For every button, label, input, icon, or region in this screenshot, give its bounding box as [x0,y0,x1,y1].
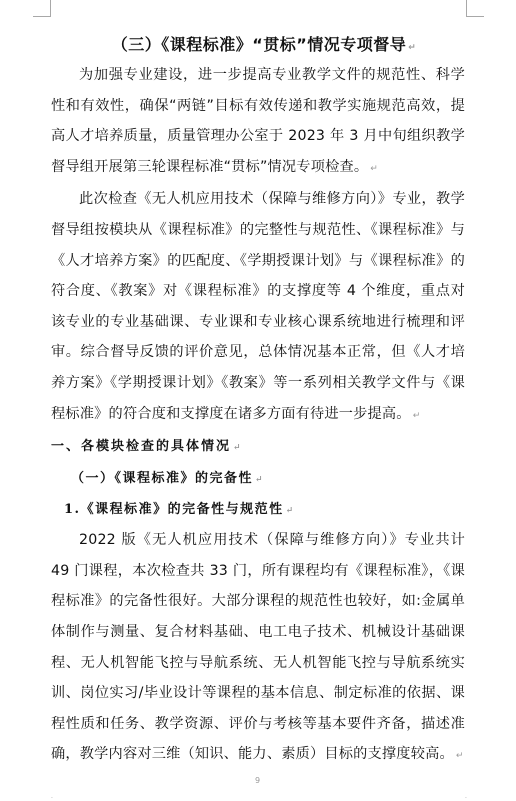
paragraph-mark-icon: ↵ [413,411,421,421]
body-paragraph: 2022 版《无人机应用技术（保障与维修方向）》专业共计 49 门课程，本次检查… [51,525,465,772]
heading-level-1: 一、各模块检查的具体情况↵ [51,431,465,463]
intro-paragraph-1-text: 为加强专业建设，进一步提高专业教学文件的规范性、科学性和有效性，确保“两链”目标… [51,67,465,175]
document-page: （三）《课程标准》“贯标”情况专项督导↵ 为加强专业建设，进一步提高专业教学文件… [51,30,465,772]
heading-level-3: 1.《课程标准》的完备性与规范性↵ [51,494,465,525]
heading-level-2: （一）《课程标准》的完备性↵ [51,463,465,494]
section-title-text: （三）《课程标准》“贯标”情况专项督导 [112,35,407,54]
page-corner-mark-top-left [33,0,51,17]
heading-level-2-text: （一）《课程标准》的完备性 [71,471,253,486]
paragraph-mark-icon: ↵ [286,506,295,516]
paragraph-mark-icon: ↵ [370,164,378,174]
paragraph-mark-icon: ↵ [456,751,464,761]
page-corner-mark-top-right [466,0,484,17]
intro-paragraph-2: 此次检查《无人机应用技术（保障与维修方向）》专业，教学督导组按模块从《课程标准》… [51,184,465,431]
page-corner-mark-bottom-left: · [51,796,53,801]
paragraph-mark-icon: ↵ [408,43,416,53]
page-corner-mark-bottom-right: · [465,796,467,801]
paragraph-mark-icon: ↵ [233,443,243,453]
page-number: 9 [255,776,260,785]
intro-paragraph-1: 为加强专业建设，进一步提高专业教学文件的规范性、科学性和有效性，确保“两链”目标… [51,60,465,184]
heading-level-1-text: 一、各模块检查的具体情况 [51,439,231,454]
intro-paragraph-2-text: 此次检查《无人机应用技术（保障与维修方向）》专业，教学督导组按模块从《课程标准》… [51,191,465,421]
heading-level-3-text: 1.《课程标准》的完备性与规范性 [64,502,284,517]
paragraph-mark-icon: ↵ [255,475,264,485]
body-paragraph-text: 2022 版《无人机应用技术（保障与维修方向）》专业共计 49 门课程，本次检查… [51,532,465,762]
section-title: （三）《课程标准》“贯标”情况专项督导↵ [51,30,465,60]
